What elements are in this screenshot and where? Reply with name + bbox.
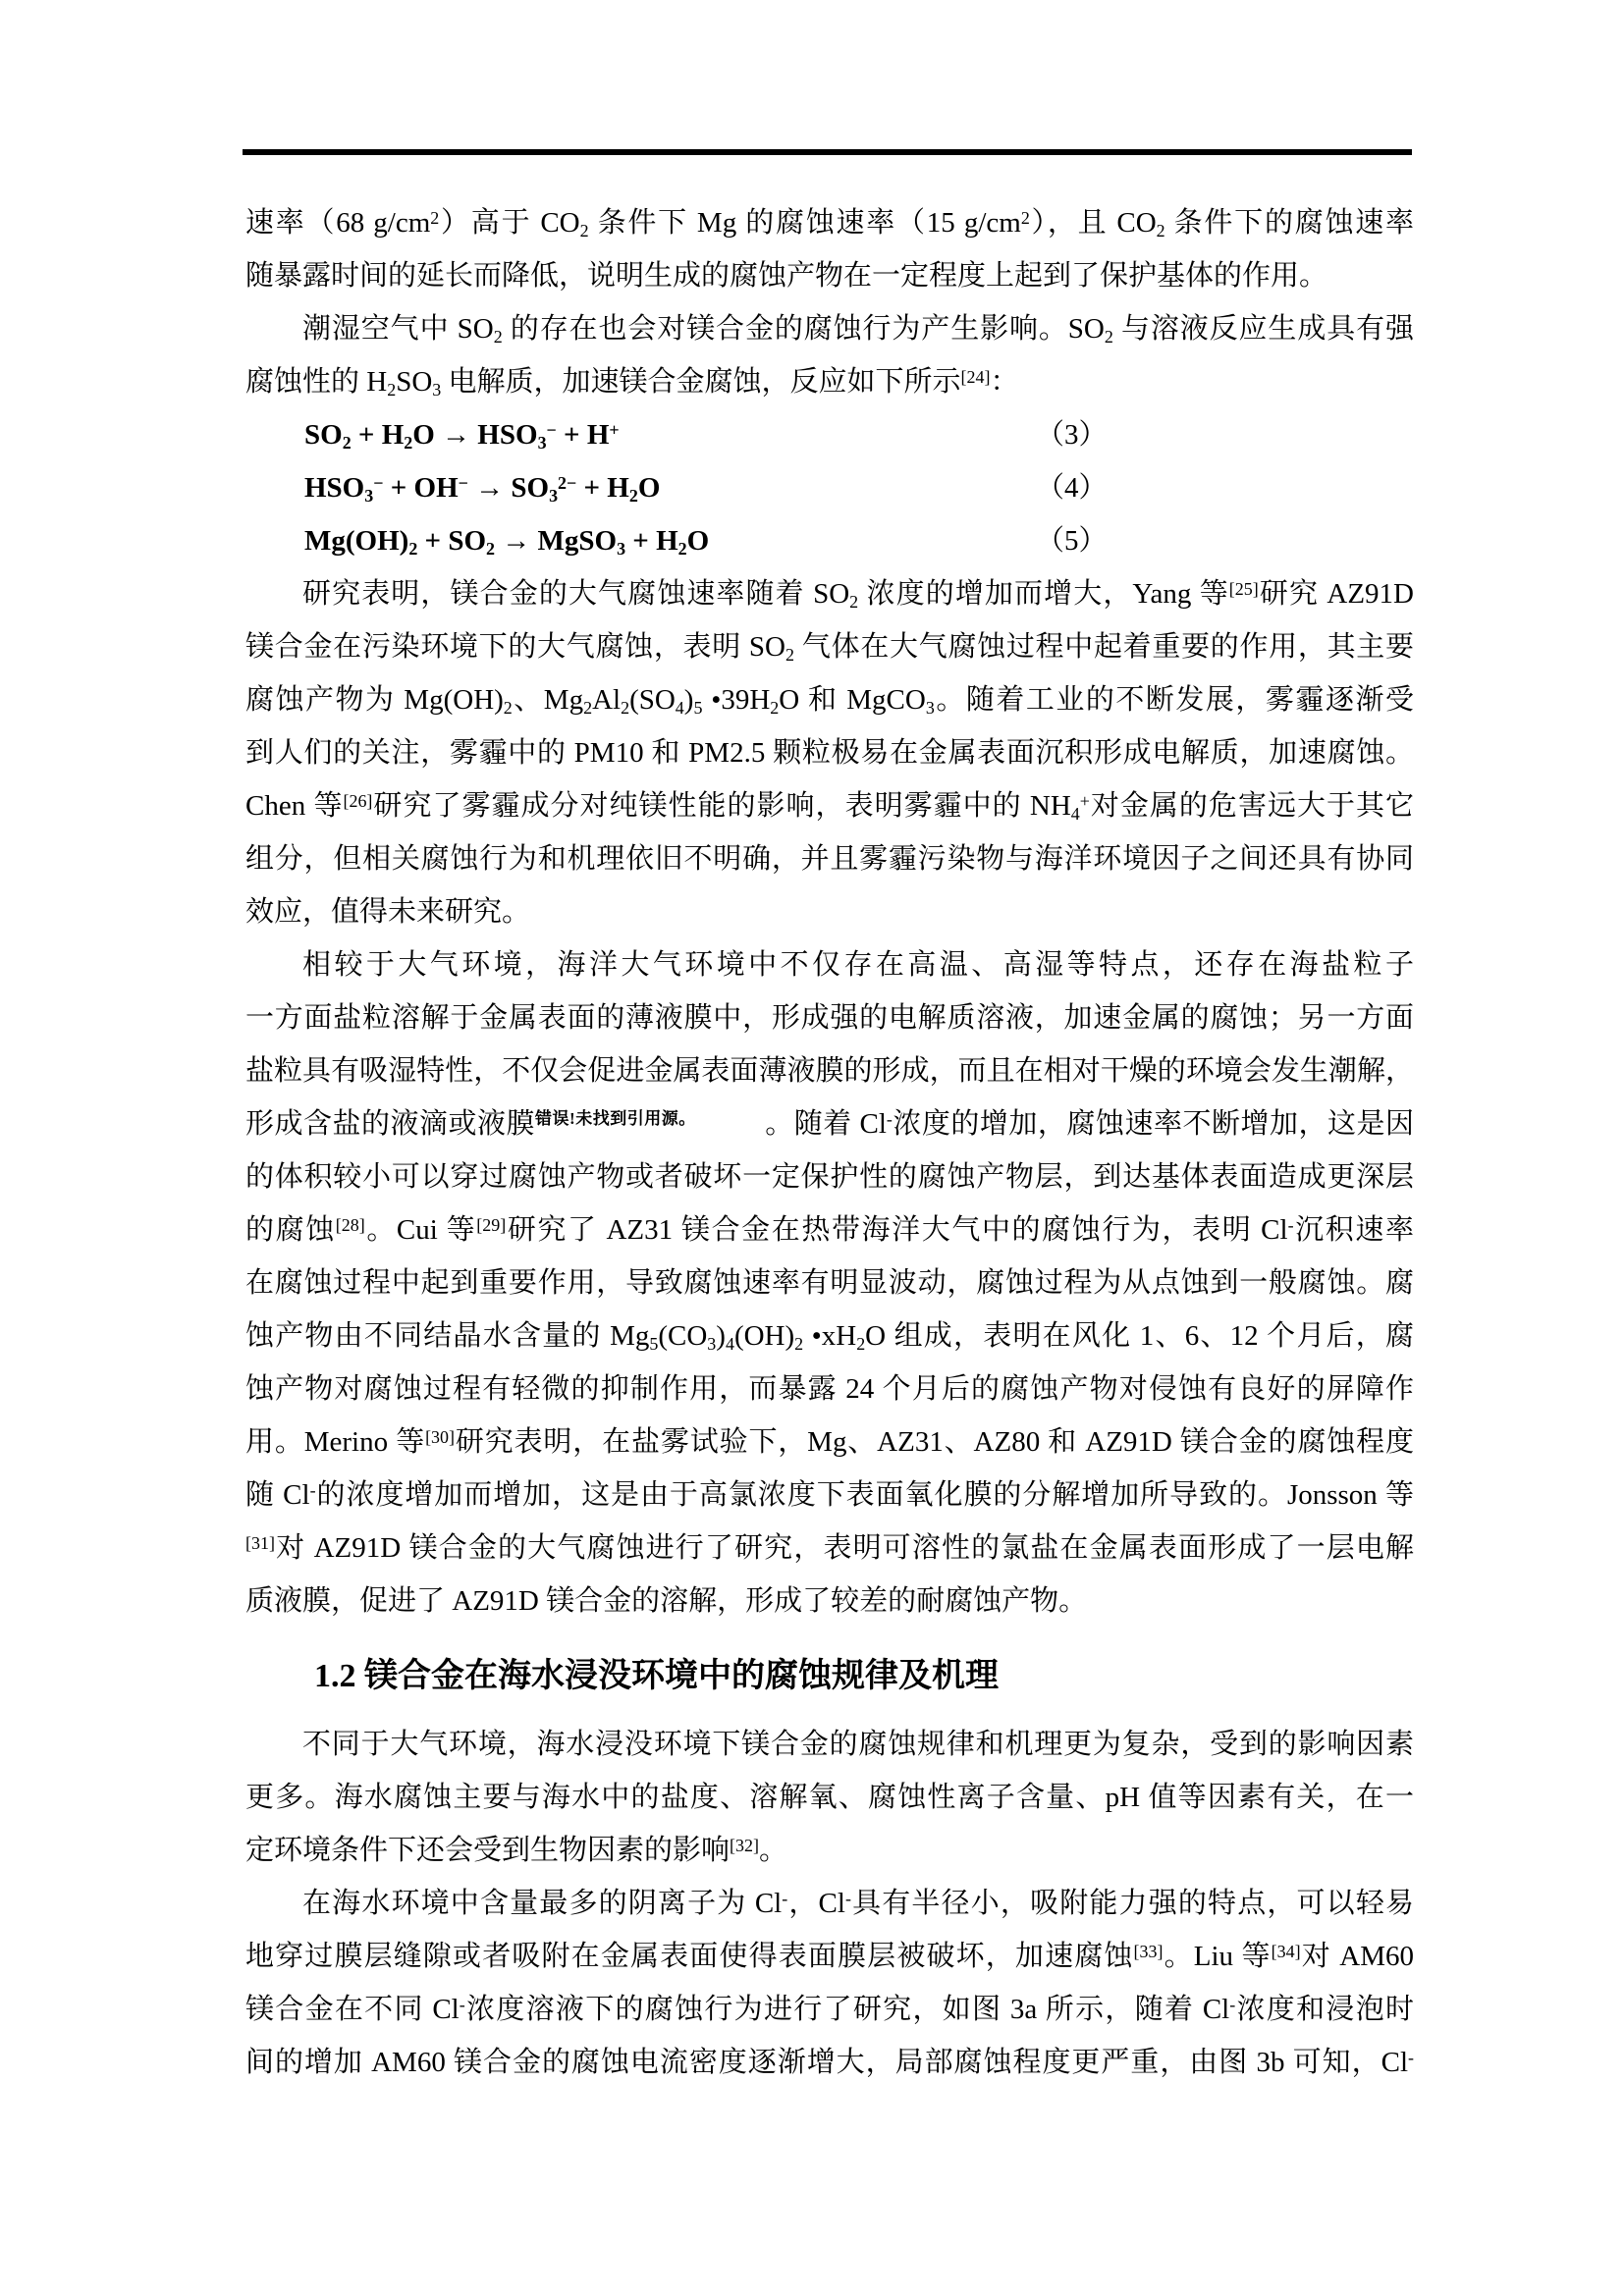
text-run: 镁合金在不同 Cl — [245, 1994, 460, 2025]
text-line: 不同于大气环境，海水浸没环境下镁合金的腐蚀规律和机理更为复杂，受到的影响因素 — [245, 1718, 1414, 1771]
text-line: 地穿过膜层缝隙或者吸附在金属表面使得表面膜层被破坏，加速腐蚀[33]。Liu 等… — [245, 1930, 1414, 1983]
text-run: 、Mg — [513, 684, 583, 716]
text-run: O — [687, 525, 710, 557]
text-run: 盐粒具有吸湿特性，不仅会促进金属表面薄液膜的形成，而且在相对干燥的环境会发生潮解… — [245, 1055, 1414, 1087]
text-run: ，Cl — [787, 1888, 845, 1919]
text-run: 用。Merino 等 — [245, 1426, 425, 1458]
subscript: 5 — [649, 1334, 658, 1354]
text-run: 对金属的危害远大于其它 — [1090, 790, 1414, 822]
text-line: 腐蚀产物为 Mg(OH)2、Mg2Al2(SO4)5 •39H2O 和 MgCO… — [245, 673, 1414, 726]
text-run: ），且 CO — [1030, 207, 1157, 239]
text-line: 速率（68 g/cm2）高于 CO2 条件下 Mg 的腐蚀速率（15 g/cm2… — [245, 196, 1414, 249]
text-run: 腐蚀性的 H — [245, 366, 387, 398]
citation-superscript: − — [459, 473, 468, 493]
subscript: 3 — [617, 539, 625, 559]
citation-superscript: 2 — [1021, 208, 1030, 228]
text-run: 与溶液反应生成具有强 — [1113, 313, 1414, 345]
text-run: 在腐蚀过程中起到重要作用，导致腐蚀速率有明显波动，腐蚀过程为从点蚀到一般腐蚀。腐 — [245, 1267, 1414, 1299]
text-run: 沉积速率 — [1294, 1214, 1414, 1246]
text-run: 具有半径小，吸附能力强的特点，可以轻易 — [851, 1888, 1414, 1919]
citation-superscript: − — [547, 420, 557, 440]
citation-superscript: 2 — [430, 208, 439, 228]
text-run: → SO — [468, 472, 549, 504]
text-run: 条件下的腐蚀速率 — [1165, 207, 1414, 239]
text-run: 镁合金在污染环境下的大气腐蚀，表明 SO — [245, 631, 785, 663]
text-line: 的体积较小可以穿过腐蚀产物或者破坏一定保护性的腐蚀产物层，到达基体表面造成更深层 — [245, 1150, 1414, 1203]
subscript: 2 — [343, 433, 352, 453]
text-run: → MgSO — [495, 525, 617, 557]
text-run: (CO — [658, 1320, 707, 1352]
subscript: 2 — [486, 539, 495, 559]
text-run: 对 AM60 — [1301, 1941, 1414, 1972]
citation-superscript: - — [460, 1995, 465, 2014]
text-run: 浓度和浸泡时 — [1235, 1994, 1414, 2025]
subscript: 3 — [926, 698, 935, 718]
text-run: 速率（68 g/cm — [245, 207, 430, 239]
subscript: 2 — [621, 698, 629, 718]
text-run: 腐蚀产物为 Mg(OH) — [245, 684, 504, 716]
text-run: 蚀产物对腐蚀过程有轻微的抑制作用，而暴露 24 个月后的腐蚀产物对侵蚀有良好的屏… — [245, 1373, 1414, 1405]
text-line: 在海水环境中含量最多的阴离子为 Cl-，Cl-具有半径小，吸附能力强的特点，可以… — [245, 1877, 1414, 1930]
text-run: O → HSO — [412, 419, 537, 451]
citation-superscript: 2− — [558, 473, 576, 493]
text-run: 组分，但相关腐蚀行为和机理依旧不明确，并且雾霾污染物与海洋环境因子之间还具有协同 — [245, 843, 1414, 875]
subscript: 2 — [856, 1334, 865, 1354]
text-line: 镁合金在不同 Cl-浓度溶液下的腐蚀行为进行了研究，如图 3a 所示，随着 Cl… — [245, 1983, 1414, 2036]
citation-superscript: - — [845, 1889, 851, 1908]
subscript: 2 — [1105, 327, 1113, 347]
text-run: 不同于大气环境，海水浸没环境下镁合金的腐蚀规律和机理更为复杂，受到的影响因素 — [302, 1729, 1414, 1760]
text-run: •xH — [803, 1320, 856, 1352]
text-run: O 组成，表明在风化 1、6、12 个月后，腐 — [865, 1320, 1414, 1352]
page-content: 速率（68 g/cm2）高于 CO2 条件下 Mg 的腐蚀速率（15 g/cm2… — [245, 196, 1414, 2089]
citation-superscript: [29] — [476, 1215, 506, 1235]
subscript: 2 — [785, 645, 794, 665]
equation-number: （5） — [1036, 514, 1108, 567]
citation-superscript: + — [1080, 791, 1090, 811]
text-run: (OH) — [734, 1320, 794, 1352]
text-run: + H — [625, 525, 678, 557]
citation-superscript: - — [887, 1109, 893, 1129]
text-run: 蚀产物由不同结晶水含量的 Mg — [245, 1320, 649, 1352]
text-run: 对 AZ91D 镁合金的大气腐蚀进行了研究，表明可溶性的氯盐在金属表面形成了一层… — [275, 1532, 1414, 1564]
citation-superscript: - — [1408, 2048, 1414, 2067]
equation-line: SO2 + H2O → HSO3− + H+（3） — [245, 408, 1414, 461]
text-run: 地穿过膜层缝隙或者吸附在金属表面使得表面膜层被破坏，加速腐蚀 — [245, 1941, 1134, 1972]
text-run: 。随着 Cl — [765, 1108, 887, 1140]
subscript: 2 — [404, 433, 412, 453]
text-run: 气体在大气腐蚀过程中起着重要的作用，其主要 — [794, 631, 1414, 663]
subscript: 2 — [849, 592, 858, 612]
text-line: 在腐蚀过程中起到重要作用，导致腐蚀速率有明显波动，腐蚀过程为从点蚀到一般腐蚀。腐 — [245, 1256, 1414, 1309]
subscript: 2 — [1157, 221, 1165, 240]
equation-body: SO2 + H2O → HSO3− + H+ — [304, 419, 620, 451]
subscript: 5 — [693, 698, 702, 718]
equation-number: （4） — [1036, 461, 1108, 514]
citation-superscript: - — [310, 1480, 316, 1500]
text-line: 更多。海水腐蚀主要与海水中的盐度、溶解氧、腐蚀性离子含量、pH 值等因素有关，在… — [245, 1771, 1414, 1824]
text-run: ： — [990, 366, 1018, 398]
subscript: 2 — [770, 698, 779, 718]
citation-superscript: [24] — [961, 367, 991, 387]
text-run: 研究表明，在盐雾试验下，Mg、AZ31、AZ80 和 AZ91D 镁合金的腐蚀程… — [455, 1426, 1414, 1458]
subscript: 2 — [580, 221, 589, 240]
citation-superscript: [30] — [425, 1427, 455, 1447]
subscript: 2 — [494, 327, 503, 347]
subscript: 3 — [432, 380, 441, 400]
text-run: + H — [557, 419, 610, 451]
subscript: 3 — [549, 486, 558, 506]
citation-superscript: [34] — [1272, 1942, 1301, 1961]
equation-number: （3） — [1036, 408, 1108, 461]
text-line: 蚀产物对腐蚀过程有轻微的抑制作用，而暴露 24 个月后的腐蚀产物对侵蚀有良好的屏… — [245, 1362, 1414, 1415]
text-run: 。 — [759, 1835, 787, 1866]
subscript: 4 — [1071, 804, 1080, 824]
text-run: + SO — [417, 525, 486, 557]
text-run: Al — [592, 684, 621, 716]
text-run: (SO — [629, 684, 676, 716]
text-run: 在海水环境中含量最多的阴离子为 Cl — [302, 1888, 782, 1919]
text-line: 的腐蚀[28]。Cui 等[29]研究了 AZ31 镁合金在热带海洋大气中的腐蚀… — [245, 1203, 1414, 1256]
text-run: 条件下 Mg 的腐蚀速率（15 g/cm — [589, 207, 1021, 239]
citation-superscript: [33] — [1134, 1942, 1164, 1961]
text-run: 的体积较小可以穿过腐蚀产物或者破坏一定保护性的腐蚀产物层，到达基体表面造成更深层 — [245, 1161, 1414, 1193]
subscript: 4 — [726, 1334, 734, 1354]
error-field-annotation: 错误!未找到引用源。 — [535, 1109, 696, 1128]
document-page: 速率（68 g/cm2）高于 CO2 条件下 Mg 的腐蚀速率（15 g/cm2… — [0, 0, 1624, 2296]
text-line: 一方面盐粒溶解于金属表面的薄液膜中，形成强的电解质溶液，加速金属的腐蚀；另一方面 — [245, 991, 1414, 1044]
subscript: 2 — [504, 698, 513, 718]
text-run: 一方面盐粒溶解于金属表面的薄液膜中，形成强的电解质溶液，加速金属的腐蚀；另一方面 — [245, 1002, 1414, 1034]
text-line: 潮湿空气中 SO2 的存在也会对镁合金的腐蚀行为产生影响。SO2 与溶液反应生成… — [245, 302, 1414, 355]
text-run: •39H — [702, 684, 770, 716]
text-run: 效应，值得未来研究。 — [245, 896, 530, 928]
text-line: 相较于大气环境，海洋大气环境中不仅存在高温、高湿等特点，还存在海盐粒子 NaCl… — [245, 938, 1414, 991]
subscript: 3 — [364, 486, 373, 506]
text-run: 随暴露时间的延长而降低，说明生成的腐蚀产物在一定程度上起到了保护基体的作用。 — [245, 260, 1327, 292]
text-run: 研究了雾霾成分对纯镁性能的影响，表明雾霾中的 NH — [372, 790, 1070, 822]
text-run: 质液膜，促进了 AZ91D 镁合金的溶解，形成了较差的耐腐蚀产物。 — [245, 1585, 1087, 1617]
subscript: 2 — [408, 539, 417, 559]
text-run: O 和 MgCO — [779, 684, 926, 716]
text-run: Mg(OH) — [304, 525, 408, 557]
text-run: 研究表明，镁合金的大气腐蚀速率随着 SO — [302, 578, 849, 610]
text-line: 质液膜，促进了 AZ91D 镁合金的溶解，形成了较差的耐腐蚀产物。 — [245, 1575, 1414, 1628]
subscript: 2 — [629, 486, 638, 506]
text-line: [31]对 AZ91D 镁合金的大气腐蚀进行了研究，表明可溶性的氯盐在金属表面形… — [245, 1522, 1414, 1575]
text-run: 研究 AZ91D — [1259, 578, 1414, 610]
citation-superscript: - — [1229, 1995, 1235, 2014]
text-run: 的浓度增加而增加，这是由于高氯浓度下表面氧化膜的分解增加所导致的。Jonsson… — [316, 1479, 1414, 1511]
section-heading: 1.2 镁合金在海水浸没环境中的腐蚀规律及机理 — [245, 1647, 1414, 1706]
text-line: 间的增加 AM60 镁合金的腐蚀电流密度逐渐增大，局部腐蚀程度更严重，由图 3b… — [245, 2036, 1414, 2089]
text-run: 潮湿空气中 SO — [302, 313, 494, 345]
text-line: 到人们的关注，雾霾中的 PM10 和 PM2.5 颗粒极易在金属表面沉积形成电解… — [245, 726, 1414, 779]
text-run: 浓度溶液下的腐蚀行为进行了研究，如图 3a 所示，随着 Cl — [465, 1994, 1230, 2025]
text-line: 镁合金在污染环境下的大气腐蚀，表明 SO2 气体在大气腐蚀过程中起着重要的作用，… — [245, 620, 1414, 673]
subscript: 3 — [538, 433, 547, 453]
text-run: 电解质，加速镁合金腐蚀，反应如下所示 — [441, 366, 960, 398]
citation-superscript: - — [1288, 1215, 1294, 1235]
subscript: 2 — [678, 539, 687, 559]
citation-superscript: - — [782, 1889, 787, 1908]
header-rule — [243, 149, 1412, 155]
text-run: ) — [716, 1320, 726, 1352]
citation-superscript: [31] — [245, 1533, 275, 1553]
text-run: 的存在也会对镁合金的腐蚀行为产生影响。SO — [503, 313, 1105, 345]
text-run: 更多。海水腐蚀主要与海水中的盐度、溶解氧、腐蚀性离子含量、pH 值等因素有关，在… — [245, 1782, 1414, 1813]
text-run: ) — [684, 684, 694, 716]
text-run: 间的增加 AM60 镁合金的腐蚀电流密度逐渐增大，局部腐蚀程度更严重，由图 3b… — [245, 2047, 1408, 2078]
text-run: + H — [576, 472, 629, 504]
text-run: ）高于 CO — [439, 207, 579, 239]
subscript: 2 — [794, 1334, 803, 1354]
text-line: 盐粒具有吸湿特性，不仅会促进金属表面薄液膜的形成，而且在相对干燥的环境会发生潮解… — [245, 1044, 1414, 1097]
subscript: 4 — [676, 698, 684, 718]
text-line: 效应，值得未来研究。 — [245, 885, 1414, 938]
text-run: 浓度的增加而增大，Yang 等 — [858, 578, 1229, 610]
text-run: 形成含盐的液滴或液膜 — [245, 1108, 535, 1140]
text-line: 蚀产物由不同结晶水含量的 Mg5(CO3)4(OH)2 •xH2O 组成，表明在… — [245, 1309, 1414, 1362]
citation-superscript: + — [609, 420, 619, 440]
text-run: 。Cui 等 — [365, 1214, 477, 1246]
citation-superscript: [26] — [343, 791, 372, 811]
subscript: 2 — [387, 380, 396, 400]
text-line: 形成含盐的液滴或液膜错误!未找到引用源。。随着 Cl-浓度的增加，腐蚀速率不断增… — [245, 1097, 1414, 1150]
text-line: 研究表明，镁合金的大气腐蚀速率随着 SO2 浓度的增加而增大，Yang 等[25… — [245, 567, 1414, 620]
text-run: 研究了 AZ31 镁合金在热带海洋大气中的腐蚀行为，表明 Cl — [506, 1214, 1287, 1246]
citation-superscript: [25] — [1229, 579, 1259, 599]
text-line: Chen 等[26]研究了雾霾成分对纯镁性能的影响，表明雾霾中的 NH4+对金属… — [245, 779, 1414, 832]
citation-superscript: − — [373, 473, 383, 493]
equation-line: Mg(OH)2 + SO2 → MgSO3 + H2O（5） — [245, 514, 1414, 567]
text-run: HSO — [304, 472, 364, 504]
citation-superscript: [28] — [336, 1215, 365, 1235]
subscript: 3 — [707, 1334, 716, 1354]
text-line: 组分，但相关腐蚀行为和机理依旧不明确，并且雾霾污染物与海洋环境因子之间还具有协同 — [245, 832, 1414, 885]
equation-line: HSO3− + OH− → SO32− + H2O（4） — [245, 461, 1414, 514]
text-line: 随暴露时间的延长而降低，说明生成的腐蚀产物在一定程度上起到了保护基体的作用。 — [245, 249, 1414, 302]
text-run: 。随着工业的不断发展，雾霾逐渐受 — [935, 684, 1414, 716]
text-run: 的腐蚀 — [245, 1214, 336, 1246]
text-run: 相较于大气环境，海洋大气环境中不仅存在高温、高湿等特点，还存在海盐粒子 NaCl — [302, 949, 1414, 991]
text-run: + OH — [383, 472, 458, 504]
text-run: + H — [352, 419, 405, 451]
equation-body: Mg(OH)2 + SO2 → MgSO3 + H2O — [304, 525, 709, 557]
text-run: SO — [396, 366, 432, 398]
text-run: 随 Cl — [245, 1479, 310, 1511]
text-run: SO — [304, 419, 343, 451]
text-line: 腐蚀性的 H2SO3 电解质，加速镁合金腐蚀，反应如下所示[24]： — [245, 355, 1414, 408]
text-line: 定环境条件下还会受到生物因素的影响[32]。 — [245, 1824, 1414, 1877]
text-run: 定环境条件下还会受到生物因素的影响 — [245, 1835, 730, 1866]
subscript: 2 — [583, 698, 592, 718]
text-line: 用。Merino 等[30]研究表明，在盐雾试验下，Mg、AZ31、AZ80 和… — [245, 1415, 1414, 1468]
text-run: O — [638, 472, 661, 504]
text-run: 到人们的关注，雾霾中的 PM10 和 PM2.5 颗粒极易在金属表面沉积形成电解… — [245, 737, 1414, 769]
citation-superscript: [32] — [730, 1836, 759, 1855]
text-run: Chen 等 — [245, 790, 343, 822]
equation-body: HSO3− + OH− → SO32− + H2O — [304, 472, 660, 504]
text-run: 。Liu 等 — [1163, 1941, 1271, 1972]
text-line: 随 Cl-的浓度增加而增加，这是由于高氯浓度下表面氧化膜的分解增加所导致的。Jo… — [245, 1468, 1414, 1522]
